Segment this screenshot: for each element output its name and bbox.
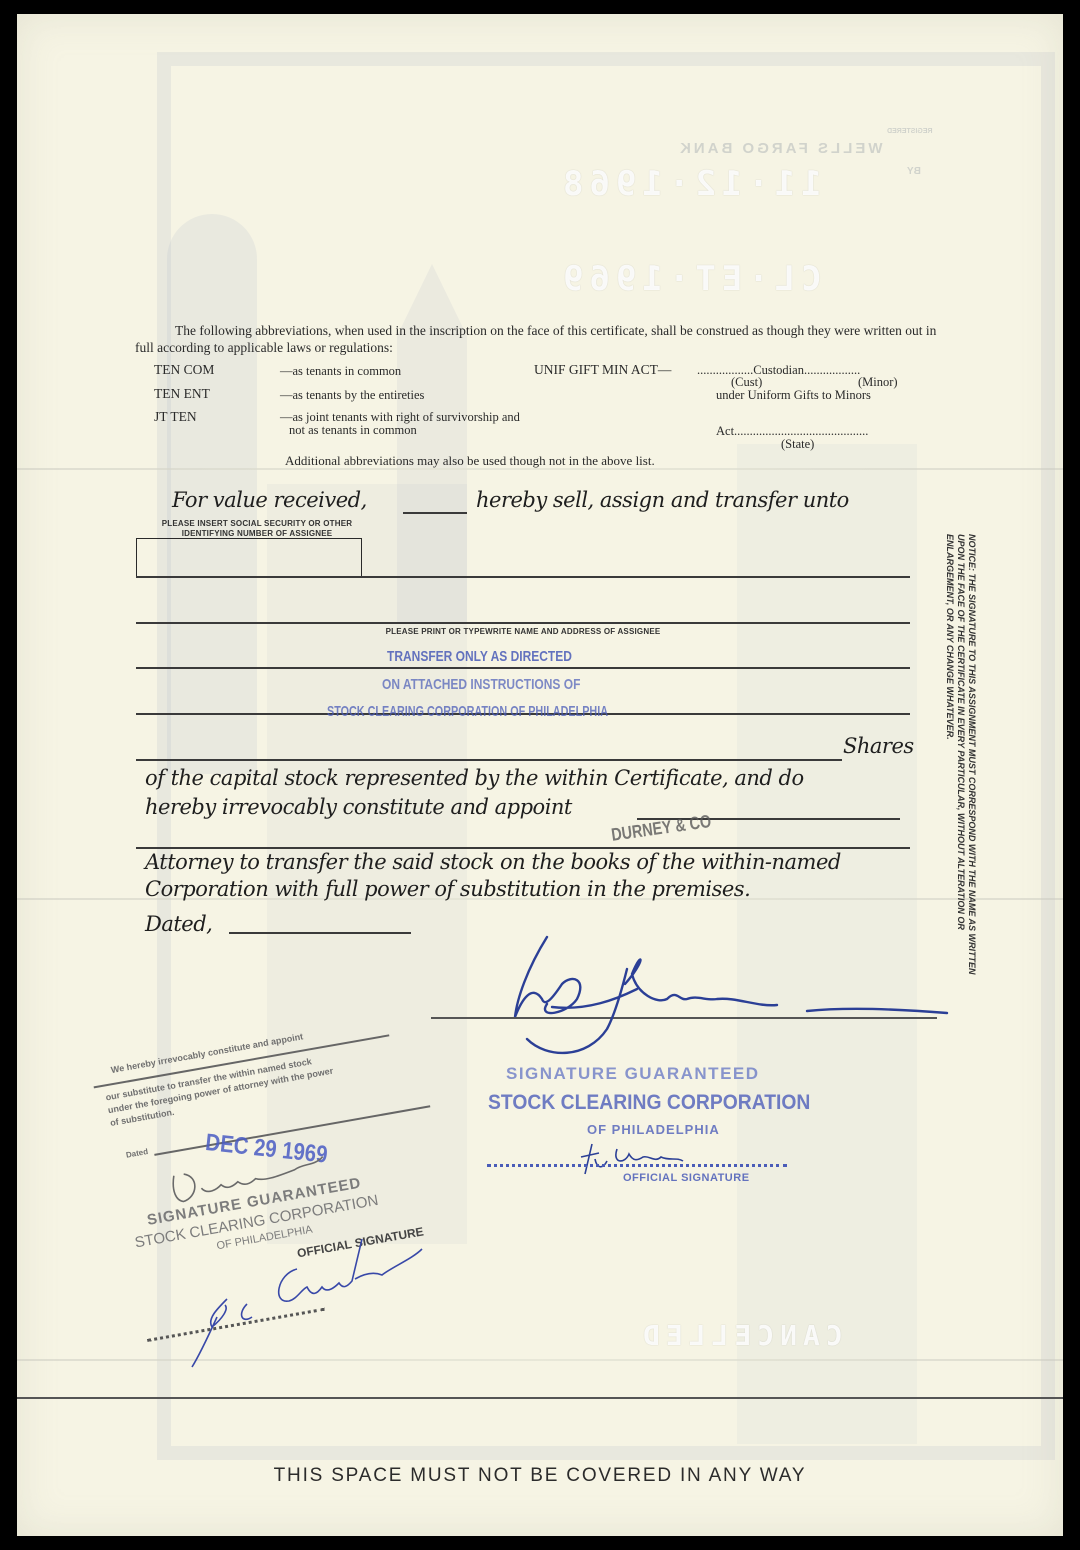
guarantee-right-line1: SIGNATURE GUARANTEED bbox=[506, 1064, 760, 1084]
abbr-jt-ten: JT TEN bbox=[154, 409, 197, 425]
guarantee-right-official: OFFICIAL SIGNATURE bbox=[623, 1172, 750, 1184]
capital-stock-line2: hereby irrevocably constitute and appoin… bbox=[145, 795, 572, 819]
hereby-sell-text: hereby sell, assign and transfer unto bbox=[476, 488, 849, 512]
dated-line[interactable] bbox=[229, 932, 411, 934]
capital-stock-line1: of the capital stock represented by the … bbox=[145, 766, 804, 790]
left-official-signature bbox=[177, 1209, 457, 1369]
footer-warning: THIS SPACE MUST NOT BE COVERED IN ANY WA… bbox=[0, 1465, 1080, 1487]
stamp-transfer-line2: ON ATTACHED INSTRUCTIONS OF bbox=[382, 676, 580, 693]
stamp-transfer-line3: STOCK CLEARING CORPORATION OF PHILADELPH… bbox=[327, 703, 608, 720]
certificate-paper: WELLS FARGO BANK REGISTERED BY 11·12·196… bbox=[17, 14, 1063, 1536]
for-value-received: For value received, bbox=[172, 488, 367, 512]
stamp-transfer-line1: TRANSFER ONLY AS DIRECTED bbox=[387, 648, 572, 665]
ghost-by: BY bbox=[907, 166, 921, 177]
attorney-line-2[interactable] bbox=[136, 847, 910, 849]
perforation-mid: CL·ET·1969 bbox=[557, 259, 822, 299]
right-official-dotted-line bbox=[487, 1164, 787, 1167]
abbr-ten-ent: TEN ENT bbox=[154, 386, 210, 402]
ssn-input-box[interactable] bbox=[136, 538, 362, 578]
ugma-under: under Uniform Gifts to Minors bbox=[716, 388, 871, 403]
shares-count-line[interactable] bbox=[136, 759, 842, 761]
seller-blank-line[interactable] bbox=[403, 512, 467, 514]
perforation-bottom: CANCELLED bbox=[637, 1319, 843, 1352]
guarantee-right-line3: OF PHILADELPHIA bbox=[587, 1122, 720, 1137]
assignee-line-2[interactable] bbox=[136, 622, 910, 624]
assignee-line-1[interactable] bbox=[136, 576, 910, 578]
ugma-state-label: (State) bbox=[781, 437, 814, 452]
notice-vertical: NOTICE: THE SIGNATURE TO THIS ASSIGNMENT… bbox=[944, 534, 977, 994]
abbr-ten-com-meaning: —as tenants in common bbox=[280, 364, 401, 379]
abbr-ten-com: TEN COM bbox=[154, 362, 214, 378]
abbr-ten-ent-meaning: —as tenants by the entireties bbox=[280, 388, 424, 403]
attorney-line2: Corporation with full power of substitut… bbox=[145, 877, 750, 901]
ugma-custodian-line: ..................Custodian.............… bbox=[697, 363, 860, 378]
abbreviations-intro: The following abbreviations, when used i… bbox=[135, 322, 955, 356]
ghost-registered: REGISTERED bbox=[887, 128, 933, 135]
ssn-label-2: IDENTIFYING NUMBER OF ASSIGNEE bbox=[137, 529, 377, 538]
ghost-bank-name: WELLS FARGO BANK bbox=[677, 140, 883, 157]
name-address-label: PLEASE PRINT OR TYPEWRITE NAME AND ADDRE… bbox=[136, 627, 910, 636]
bottom-rule bbox=[17, 1397, 1063, 1399]
assignee-line-3[interactable] bbox=[136, 667, 910, 669]
main-signature bbox=[507, 929, 967, 1049]
ugma-label: UNIF GIFT MIN ACT— bbox=[534, 362, 671, 378]
substitution-dated-label: Dated bbox=[125, 1147, 148, 1160]
fold-crease bbox=[17, 1359, 1063, 1361]
dated-label: Dated, bbox=[145, 912, 212, 936]
ssn-label-1: PLEASE INSERT SOCIAL SECURITY OR OTHER bbox=[137, 519, 377, 528]
attorney-line1: Attorney to transfer the said stock on t… bbox=[145, 850, 841, 874]
guarantee-right-line2: STOCK CLEARING CORPORATION bbox=[488, 1091, 810, 1115]
abbr-jt-ten-meaning: —as joint tenants with right of survivor… bbox=[280, 411, 529, 437]
abbreviations-additional: Additional abbreviations may also be use… bbox=[285, 453, 655, 469]
perforation-top: 11·12·1968 bbox=[557, 164, 822, 204]
shares-word: Shares bbox=[843, 734, 914, 758]
